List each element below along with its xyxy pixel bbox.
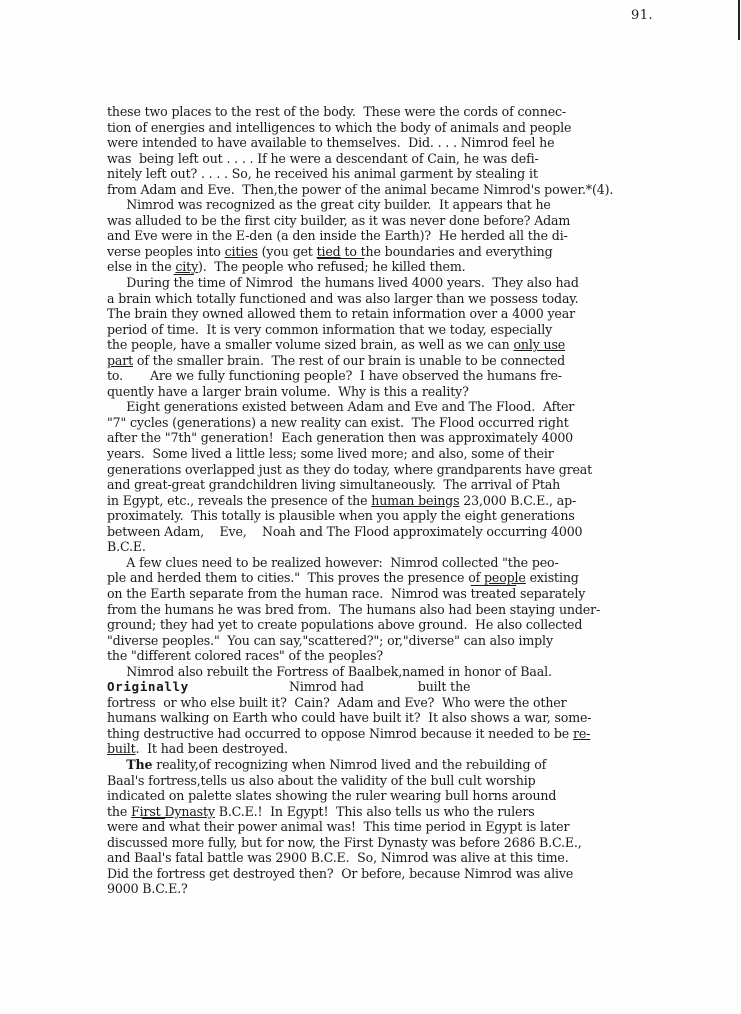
text-segment: "diverse peoples." You can say,"scattere…: [107, 633, 553, 648]
text-line: The reality,of recognizing when Nimrod l…: [107, 757, 667, 773]
text-segment: from Adam and Eve. Then,the power of the…: [107, 182, 613, 197]
text-segment: years. Some lived a little less; some li…: [107, 446, 554, 461]
text-line: the people, have a smaller volume sized …: [107, 337, 667, 353]
text-segment: time of Nimrod the humans lived 4000 yea…: [194, 275, 579, 290]
page-edge-line: [738, 0, 740, 40]
text-segment: human beings: [371, 493, 459, 508]
text-line: on the Earth separate from the human rac…: [107, 586, 667, 602]
text-segment: The brain they owned allowed them to ret…: [107, 306, 575, 321]
text-line: Eight generations existed between Adam a…: [107, 399, 667, 415]
document-page: 91. these two places to the rest of the …: [0, 0, 741, 1014]
text-segment: Nimrod also rebuilt the Fortress of Baal…: [107, 664, 552, 679]
text-line: indicated on palette slates showing the …: [107, 788, 667, 804]
text-line: Baal's fortress,tells us also about the …: [107, 773, 667, 789]
text-segment: after the "7th" generation! Each generat…: [107, 430, 573, 445]
text-segment: Nimrod was recognized as the great city …: [107, 197, 551, 212]
text-line: A few clues need to be realized however:…: [107, 555, 667, 571]
text-line: "diverse peoples." You can say,"scattere…: [107, 633, 667, 649]
text-segment: "7" cycles (generations) a new reality c…: [107, 415, 569, 430]
text-segment: [107, 757, 126, 772]
text-line: to. Are we fully functioning people? I h…: [107, 368, 667, 384]
text-line: from Adam and Eve. Then,the power of the…: [107, 182, 667, 198]
text-segment: Eight generations existed between Adam a…: [107, 399, 574, 414]
text-segment: fortress or who else built it? Cain? Ada…: [107, 695, 566, 710]
text-segment: verse peoples into: [107, 244, 225, 259]
text-segment: part: [107, 353, 133, 368]
text-line: in Egypt, etc., reveals the presence of …: [107, 493, 667, 509]
text-line: years. Some lived a little less; some li…: [107, 446, 667, 462]
text-segment: 9000 B.C.E.?: [107, 881, 188, 896]
text-segment: Baal's fortress,tells us also about the …: [107, 773, 536, 788]
text-line: "7" cycles (generations) a new reality c…: [107, 415, 667, 431]
text-line: generations overlapped just as they do t…: [107, 462, 667, 478]
text-line: Did the fortress get destroyed then? Or …: [107, 866, 667, 882]
text-segment: treated: [471, 586, 517, 601]
text-segment: and great-great grandchildren living sim…: [107, 477, 560, 492]
text-segment: quently have a larger brain volume. Why …: [107, 384, 469, 399]
text-segment: During: [107, 275, 174, 290]
text-segment: from the humans he was bred from. The hu…: [107, 602, 600, 617]
text-segment: Did the fortress get destroyed then? Or …: [107, 866, 573, 881]
text-segment: re-: [573, 726, 590, 741]
text-segment: A few clues need to be realized however:…: [107, 555, 559, 570]
text-segment: Originally: [107, 679, 189, 694]
text-segment: generations overlapped just as they do t…: [107, 462, 592, 477]
text-segment: only use: [513, 337, 565, 352]
text-line: from the humans he was bred from. The hu…: [107, 602, 667, 618]
text-line: ground; they had yet to create populatio…: [107, 617, 667, 633]
text-line: proximately. This totally is plausible w…: [107, 508, 667, 524]
text-line: else in the city). The people who refuse…: [107, 259, 667, 275]
text-segment: reality,of recognizing when Nimrod lived…: [152, 757, 546, 772]
text-segment: First Dynasty: [131, 804, 215, 819]
text-line: part of the smaller brain. The rest of o…: [107, 353, 667, 369]
text-segment: tion of energies and intelligences to wh…: [107, 120, 571, 135]
text-line: humans walking on Earth who could have b…: [107, 710, 667, 726]
text-segment: to. Are we fully functioning people? I h…: [107, 368, 562, 383]
text-segment: separately: [516, 586, 585, 601]
text-line: between Adam, Eve, Noah and The Flood ap…: [107, 524, 667, 540]
text-line: after the "7th" generation! Each generat…: [107, 430, 667, 446]
text-line: the "different colored races" of the peo…: [107, 648, 667, 664]
text-segment: . It had been destroyed.: [136, 741, 288, 756]
text-segment: 23,000 B.C.E., ap-: [459, 493, 576, 508]
text-segment: and Eve were in the E-den (a den inside …: [107, 228, 568, 243]
page-number: 91.: [631, 8, 653, 23]
text-line: were intended to have available to thems…: [107, 135, 667, 151]
text-segment: cities: [225, 244, 258, 259]
text-line: nitely left out? . . . . So, he received…: [107, 166, 667, 182]
text-segment: was being left out . . . . If he were a …: [107, 151, 539, 166]
text-segment: city: [175, 259, 198, 274]
text-line: Nimrod also rebuilt the Fortress of Baal…: [107, 664, 667, 680]
text-segment: The: [126, 757, 152, 772]
text-line: period of time. It is very common inform…: [107, 322, 667, 338]
text-line: tion of energies and intelligences to wh…: [107, 120, 667, 136]
text-segment: proximately. This totally is plausible w…: [107, 508, 575, 523]
text-segment: Nimrod had built the: [189, 679, 471, 694]
text-segment: the: [174, 275, 194, 290]
text-segment: were: [107, 819, 142, 834]
text-line: The brain they owned allowed them to ret…: [107, 306, 667, 322]
text-segment: (you get: [258, 244, 317, 259]
text-segment: of the smaller brain. The rest of our br…: [133, 353, 565, 368]
text-line: verse peoples into cities (you get tied …: [107, 244, 667, 260]
text-line: and Eve were in the E-den (a den inside …: [107, 228, 667, 244]
text-segment: a brain which totally functioned and was…: [107, 291, 578, 306]
text-segment: in Egypt, etc., reveals the presence of …: [107, 493, 371, 508]
text-segment: and: [142, 819, 165, 834]
text-line: and Baal's fatal battle was 2900 B.C.E. …: [107, 850, 667, 866]
text-line: During the time of Nimrod the humans liv…: [107, 275, 667, 291]
text-segment: to the boundaries and everything: [341, 244, 553, 259]
text-segment: the people, have a smaller volume sized …: [107, 337, 513, 352]
text-line: the First Dynasty B.C.E.! In Egypt! This…: [107, 804, 667, 820]
text-segment: ground; they had yet to create populatio…: [107, 617, 582, 632]
text-line: was alluded to be the first city builder…: [107, 213, 667, 229]
text-line: Originally Nimrod had built the: [107, 679, 667, 695]
text-segment: built: [107, 741, 136, 756]
text-line: and great-great grandchildren living sim…: [107, 477, 667, 493]
text-segment: nitely left out? . . . . So, he received…: [107, 166, 538, 181]
text-segment: B.C.E.: [107, 539, 146, 554]
text-segment: the "different colored races" of the peo…: [107, 648, 383, 663]
text-line: ple and herded them to cities." This pro…: [107, 570, 667, 586]
text-segment: else in the: [107, 259, 175, 274]
text-line: quently have a larger brain volume. Why …: [107, 384, 667, 400]
text-segment: and Baal's fatal battle was 2900 B.C.E. …: [107, 850, 569, 865]
text-line: was being left out . . . . If he were a …: [107, 151, 667, 167]
text-segment: humans walking on Earth who could have b…: [107, 710, 591, 725]
text-line: fortress or who else built it? Cain? Ada…: [107, 695, 667, 711]
body-text: these two places to the rest of the body…: [107, 104, 667, 897]
text-segment: was alluded to be the first city builder…: [107, 213, 570, 228]
text-segment: tied: [317, 244, 341, 259]
text-line: B.C.E.: [107, 539, 667, 555]
text-line: built. It had been destroyed.: [107, 741, 667, 757]
text-segment: thing destructive had occurred to oppose…: [107, 726, 573, 741]
text-segment: ). The people who: [198, 259, 317, 274]
text-segment: were intended to have available to thems…: [107, 135, 554, 150]
text-segment: people: [484, 570, 526, 585]
text-segment: between Adam, Eve, Noah and The Flood ap…: [107, 524, 582, 539]
text-segment: the: [107, 804, 131, 819]
text-segment: on the Earth separate from the human rac…: [107, 586, 471, 601]
text-segment: B.C.E.! In Egypt! This also tells us who…: [215, 804, 535, 819]
text-segment: these two places to the rest of the body…: [107, 104, 566, 119]
text-segment: ; he killed them.: [364, 259, 465, 274]
text-segment: discussed more fully, but for now, the F…: [107, 835, 582, 850]
text-line: 9000 B.C.E.?: [107, 881, 667, 897]
text-line: Nimrod was recognized as the great city …: [107, 197, 667, 213]
text-segment: refused: [317, 259, 364, 274]
text-line: a brain which totally functioned and was…: [107, 291, 667, 307]
text-line: thing destructive had occurred to oppose…: [107, 726, 667, 742]
text-segment: ple and herded them to cities." This pro…: [107, 570, 484, 585]
text-line: were and what their power animal was! Th…: [107, 819, 667, 835]
text-line: discussed more fully, but for now, the F…: [107, 835, 667, 851]
text-segment: period of time. It is very common inform…: [107, 322, 552, 337]
text-line: these two places to the rest of the body…: [107, 104, 667, 120]
text-segment: what their power animal was! This time p…: [165, 819, 569, 834]
text-segment: indicated on palette slates showing the …: [107, 788, 556, 803]
text-segment: existing: [526, 570, 579, 585]
